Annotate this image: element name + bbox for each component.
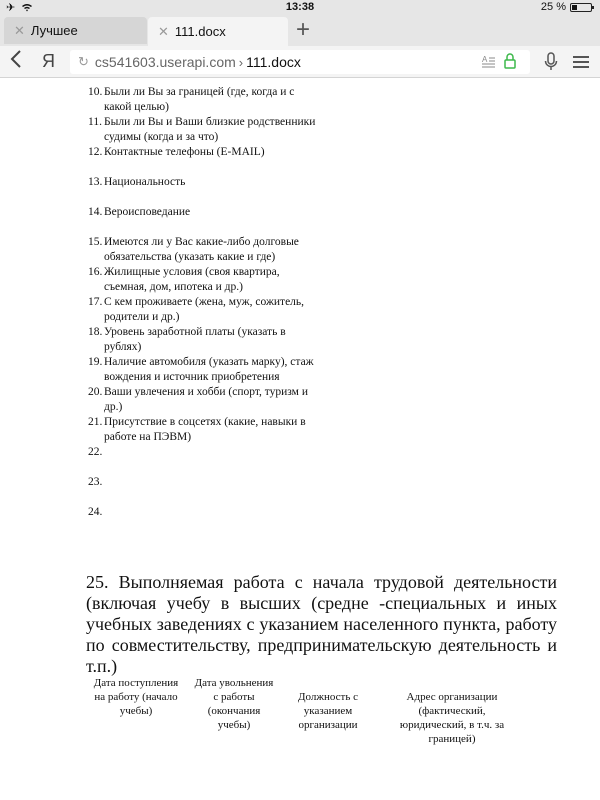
close-tab-icon[interactable]: ✕ [158, 24, 169, 40]
url-host: cs541603.userapi.com [95, 54, 236, 70]
list-item: 11.Были ли Вы и Ваши близкие родственник… [88, 115, 323, 145]
list-item: 13.Национальность [88, 175, 323, 190]
list-item: 12.Контактные телефоны (E-MAIL) [88, 145, 323, 160]
list-item: 14.Вероисповедание [88, 205, 323, 220]
reader-mode-icon[interactable]: A [482, 54, 496, 68]
questions-list: 10.Были ли Вы за границей (где, когда и … [88, 85, 323, 520]
back-icon[interactable] [10, 49, 22, 75]
browser-toolbar: Я ↻ cs541603.userapi.com › 111.docx A [0, 46, 600, 78]
battery-icon [570, 3, 592, 12]
url-separator: › [239, 55, 243, 70]
url-path: 111.docx [246, 54, 301, 70]
reload-icon[interactable]: ↻ [78, 54, 89, 70]
list-item: 15.Имеются ли у Вас какие-либо долговые … [88, 235, 323, 265]
new-tab-plus-icon[interactable]: + [296, 17, 310, 43]
microphone-icon[interactable] [544, 52, 558, 72]
column-header-address: Адрес организации (фактический, юридичес… [384, 690, 520, 746]
tab-label: 111.docx [175, 24, 226, 39]
tab-111-docx[interactable]: ✕ 111.docx [148, 17, 288, 46]
list-item: 19.Наличие автомобиля (указать марку), с… [88, 355, 323, 385]
list-item: 20.Ваши увлечения и хобби (спорт, туризм… [88, 385, 323, 415]
status-bar: ✈ 13:38 25 % [0, 0, 600, 16]
tab-best[interactable]: ✕ Лучшее [4, 17, 147, 44]
column-header-start-date: Дата поступления на работу (начало учебы… [90, 676, 182, 718]
column-header-end-date: Дата увольнения с работы (окончания учеб… [194, 676, 274, 732]
column-header-position: Должность с указанием организации [286, 690, 370, 732]
address-bar[interactable]: ↻ cs541603.userapi.com › 111.docx A [70, 50, 530, 74]
menu-icon[interactable] [573, 56, 589, 68]
list-item: 23. [88, 475, 323, 490]
yandex-logo[interactable]: Я [42, 51, 55, 72]
lock-icon[interactable] [504, 53, 516, 69]
list-item: 18.Уровень заработной платы (указать в р… [88, 325, 323, 355]
list-item: 17.С кем проживаете (жена, муж, сожитель… [88, 295, 323, 325]
list-item: 24. [88, 505, 323, 520]
section-25-heading: 25. Выполняемая работа с начала трудовой… [86, 572, 557, 677]
status-right: 25 % [541, 1, 592, 13]
tab-label: Лучшее [31, 23, 78, 38]
tab-bar: ✕ Лучшее ✕ 111.docx + [0, 16, 600, 46]
battery-percent: 25 % [541, 1, 566, 13]
list-item: 21.Присутствие в соцсетях (какие, навыки… [88, 415, 323, 445]
list-item: 10.Были ли Вы за границей (где, когда и … [88, 85, 323, 115]
document-viewer: 10.Были ли Вы за границей (где, когда и … [0, 79, 600, 800]
list-item: 16.Жилищные условия (своя квартира, съем… [88, 265, 323, 295]
close-tab-icon[interactable]: ✕ [14, 23, 25, 39]
status-time: 13:38 [0, 1, 600, 13]
list-item: 22. [88, 445, 323, 460]
svg-text:A: A [482, 55, 488, 64]
